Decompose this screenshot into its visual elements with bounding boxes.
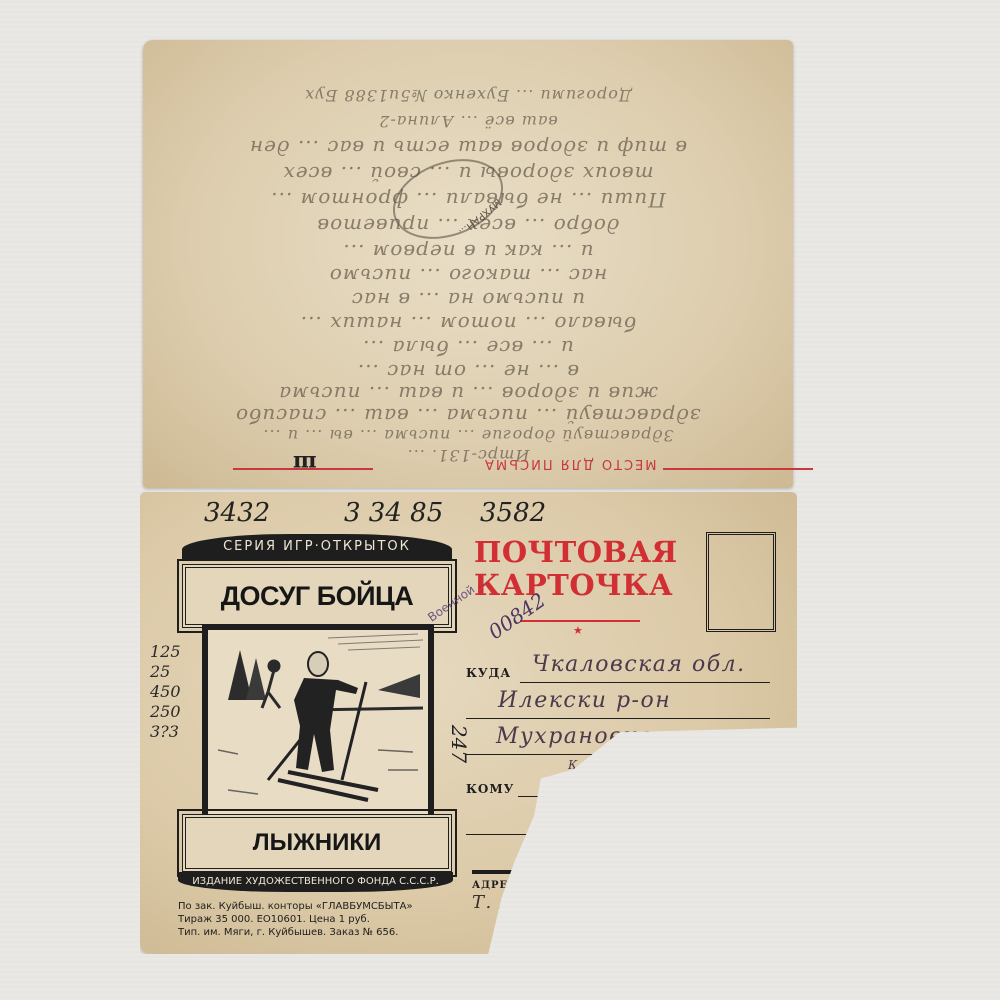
red-rule-right <box>663 468 813 470</box>
letter-side-card: Дорогими ... Бухенко №5и1388 Бух ваш всё… <box>143 40 793 488</box>
calc-line: 250 <box>150 702 200 722</box>
skier-illustration <box>202 624 434 826</box>
pencil-number: 3582 <box>480 498 546 528</box>
series-ribbon: СЕРИЯ ИГР·ОТКРЫТОК <box>182 534 452 560</box>
stamp-placeholder-box <box>706 532 776 632</box>
illustration-caption: ЛЫЖНИКИ <box>186 818 448 868</box>
publisher-ribbon: ИЗДАНИЕ ХУДОЖЕСТВЕННОГО ФОНДА С.С.С.Р. <box>178 872 453 892</box>
sender-value: Т. А... <box>472 892 537 913</box>
address-side-card: 3432 3 34 85 3582 СЕРИЯ ИГР·ОТКРЫТОК ДОС… <box>140 492 797 954</box>
letter-space-label: МЕСТО ДЛЯ ПИСЬМА <box>483 456 657 471</box>
address-rule <box>466 834 556 835</box>
handwriting-line: Дорогими ... Бухенко №5и1388 Бух <box>143 86 793 105</box>
handwriting-line: бывало ... потом ... наших ... <box>143 312 793 336</box>
calc-line: 125 <box>150 642 200 662</box>
address-line: Мухрановка ... <box>496 724 687 749</box>
pencil-number: 3 34 85 <box>344 498 443 528</box>
imprint-line: Тип. им. Мяги, г. Куйбышев. Заказ № 656. <box>178 926 478 939</box>
calc-line: 3?3 <box>150 722 200 742</box>
pencil-calculation: 125 25 450 250 3?3 <box>150 642 200 742</box>
handwriting-line: и ... как и в первом ... <box>143 240 793 264</box>
whom-line <box>518 796 568 797</box>
game-card-title-box: ДОСУГ БОЙЦА <box>182 564 452 628</box>
pencil-side-note: 247 <box>447 725 471 763</box>
game-card-title: ДОСУГ БОЙЦА <box>186 568 448 624</box>
printer-imprint: По зак. Куйбыш. конторы «ГЛАВБУМСБЫТА» Т… <box>178 900 478 939</box>
address-line: Илекски р-он <box>498 688 671 713</box>
handwriting-line: и письмо на ... в нас <box>143 288 793 312</box>
handwriting-line: в тиф и здоров ваш есть и вас ... ден <box>143 136 793 160</box>
imprint-line: Тираж 35 000. ЕО10601. Цена 1 руб. <box>178 913 478 926</box>
district-note: К-3 <box>568 758 593 772</box>
postcard-title: ПОЧТОВАЯ КАРТОЧКА <box>474 536 694 602</box>
calc-line: 450 <box>150 682 200 702</box>
handwriting-line: и ... все ... была ... <box>143 336 793 360</box>
handwriting-line: жив и здоров ... и ваш ... письма <box>143 382 793 406</box>
skier-drawing <box>208 630 428 820</box>
imprint-line: По зак. Куйбыш. конторы «ГЛАВБУМСБЫТА» <box>178 900 478 913</box>
handwriting-line: Здравствуй дорогие ... письма ... вы ...… <box>143 426 793 445</box>
divider-bar <box>472 870 562 874</box>
star-icon: ★ <box>573 624 583 637</box>
address-rule <box>466 754 626 755</box>
handwriting-line: ваш всё ... Алина-2 <box>143 112 793 131</box>
address-rule <box>466 718 770 719</box>
where-line <box>520 682 770 683</box>
whom-label: КОМУ <box>466 782 514 796</box>
caption-box: ЛЫЖНИКИ <box>182 814 452 872</box>
handwriting-line: здравствуй ... письма ... ваш ... спасиб… <box>143 404 793 428</box>
calc-line: 25 <box>150 662 200 682</box>
sender-label: АДРЕС О... <box>472 880 545 891</box>
handwriting-line: в ... не ... от нас ... <box>143 360 793 384</box>
letter-footer: МЕСТО ДЛЯ ПИСЬМА <box>233 448 753 478</box>
title-ornament <box>520 620 640 622</box>
postcard-title-line2: КАРТОЧКА <box>474 569 694 602</box>
pencil-number: 3432 <box>204 498 270 528</box>
where-label: КУДА <box>466 666 511 680</box>
address-line: Чкаловская обл. <box>532 652 746 677</box>
postcard-title-line1: ПОЧТОВАЯ <box>474 536 694 569</box>
handwriting-line: нас ... такого ... письмо <box>143 264 793 288</box>
red-rule-left <box>233 468 373 470</box>
